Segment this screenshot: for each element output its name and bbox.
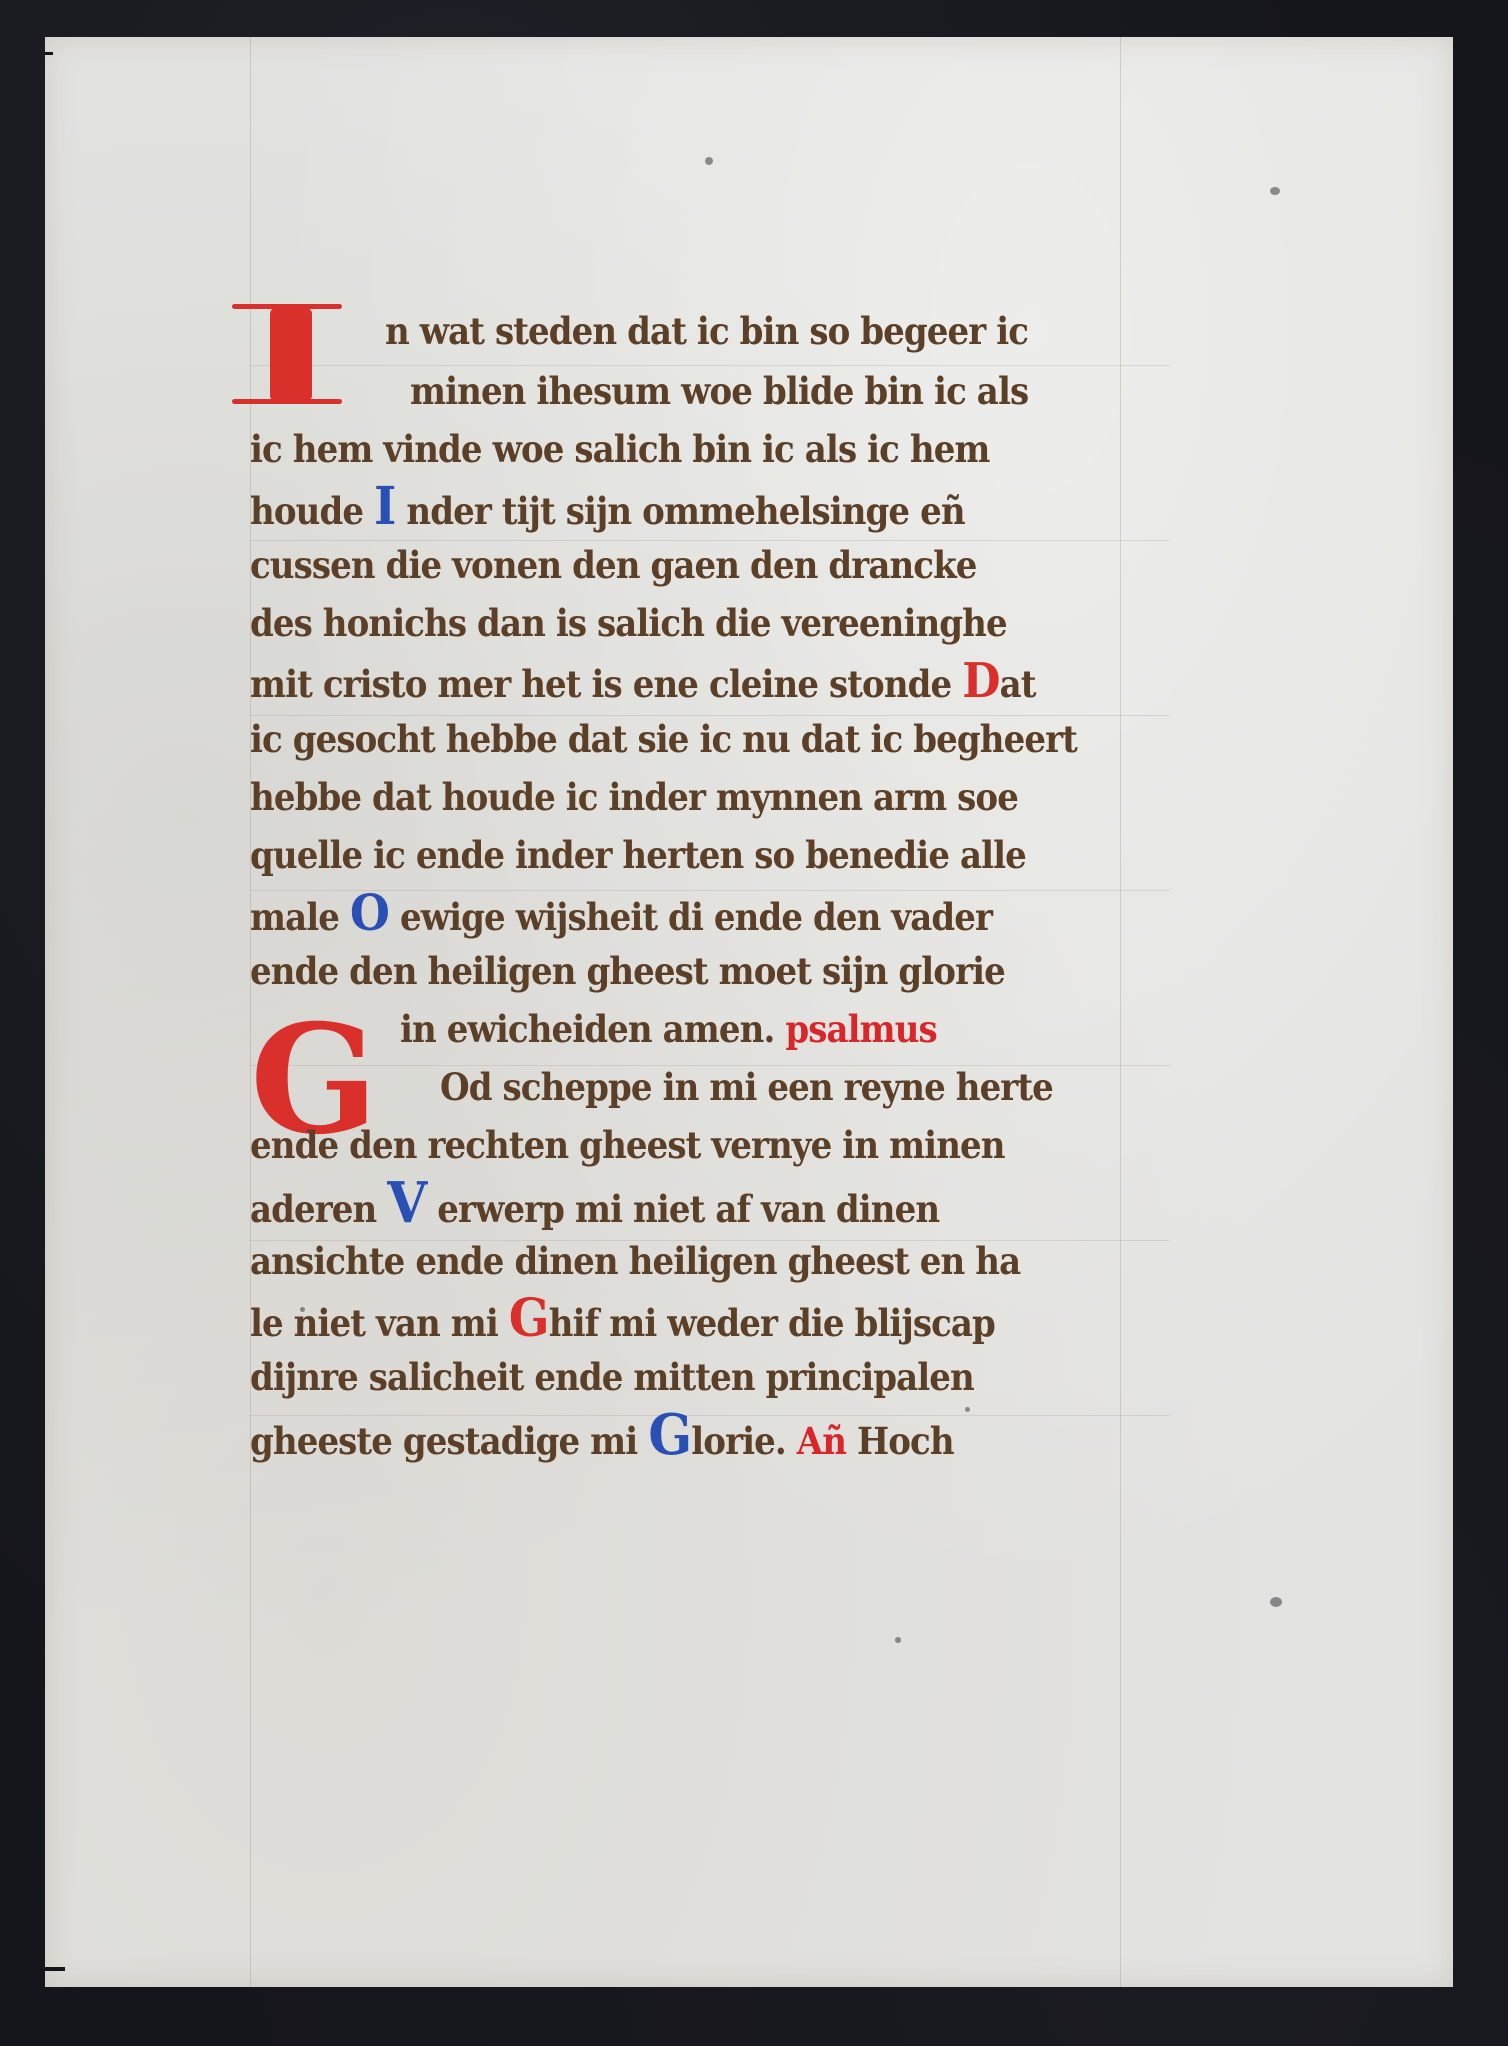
text-line-7: mit cristo mer het is ene cleine stonde … xyxy=(250,652,1036,710)
line-text: erwerp mi niet af van dinen xyxy=(437,1187,939,1231)
foxing-spot xyxy=(705,157,713,165)
line-text: cussen die vonen den gaen den drancke xyxy=(250,543,976,587)
line-text: quelle ic ende inder herten so benedie a… xyxy=(250,833,1026,877)
line-text: in ewicheiden amen. xyxy=(400,1007,774,1051)
initial-V-blue: V xyxy=(387,1170,426,1236)
line-text: ende den heiligen gheest moet sijn glori… xyxy=(250,949,1005,993)
foxing-spot xyxy=(1270,187,1280,195)
line-text: minen ihesum woe blide bin ic als xyxy=(410,369,1028,413)
line-text: n wat steden dat ic bin so begeer ic xyxy=(385,309,1028,353)
line-text: ende den rechten gheest vernye in minen xyxy=(250,1123,1005,1167)
line-text: hebbe dat houde ic inder mynnen arm soe xyxy=(250,775,1018,819)
line-text: hif mi weder die blijscap xyxy=(549,1301,995,1345)
line-text-after: at xyxy=(1000,662,1036,706)
text-line-17: ansichte ende dinen heiligen gheest en h… xyxy=(250,1232,1020,1290)
line-text: ic gesocht hebbe dat sie ic nu dat ic be… xyxy=(250,717,1077,761)
text-line-3: ic hem vinde woe salich bin ic als ic he… xyxy=(250,420,990,478)
line-text: mit cristo mer het is ene cleine stonde xyxy=(250,662,951,706)
text-line-16: aderen V erwerp mi niet af van dinen xyxy=(250,1174,939,1232)
line-text: nder tijt sijn ommehelsinge eñ xyxy=(406,489,964,533)
line-text: ic hem vinde woe salich bin ic als ic he… xyxy=(250,427,990,471)
line-text: ewige wijsheit di ende den vader xyxy=(400,895,992,939)
rubric-psalmus: psalmus xyxy=(785,1007,936,1051)
text-line-5: cussen die vonen den gaen den drancke xyxy=(250,536,976,594)
initial-G-red: G xyxy=(509,1288,549,1349)
text-line-8: ic gesocht hebbe dat sie ic nu dat ic be… xyxy=(250,710,1077,768)
text-line-15: ende den rechten gheest vernye in minen xyxy=(250,1116,1005,1174)
initial-O-blue: O xyxy=(350,883,389,942)
leaf-edge-notch xyxy=(45,52,53,55)
text-line-20: gheeste gestadige mi Glorie. Añ Hoch xyxy=(250,1406,954,1464)
text-line-10: quelle ic ende inder herten so benedie a… xyxy=(250,826,1026,884)
text-line-11: male O ewige wijsheit di ende den vader xyxy=(250,884,992,942)
line-text: ansichte ende dinen heiligen gheest en h… xyxy=(250,1239,1020,1283)
text-line-13: in ewicheiden amen. psalmus xyxy=(400,1000,937,1058)
initial-D-red: D xyxy=(962,653,999,709)
text-line-19: dijnre salicheit ende mitten principalen xyxy=(250,1348,974,1406)
text-line-18: le niet van mi Ghif mi weder die blijsca… xyxy=(250,1290,995,1348)
line-text: Od scheppe in mi een reyne herte xyxy=(440,1065,1053,1109)
initial-G-blue: G xyxy=(648,1402,691,1468)
text-line-6: des honichs dan is salich die vereeningh… xyxy=(250,594,1007,652)
line-prefix: houde xyxy=(250,489,363,533)
text-line-14: Od scheppe in mi een reyne herte xyxy=(440,1058,1053,1116)
initial-I-red-large xyxy=(232,298,342,408)
foxing-spot xyxy=(895,1637,901,1643)
line-text: lorie. xyxy=(691,1419,786,1463)
line-prefix: aderen xyxy=(250,1187,376,1231)
leaf-edge-notch xyxy=(45,1967,65,1971)
line-text-tail: Hoch xyxy=(857,1419,954,1463)
line-text: dijnre salicheit ende mitten principalen xyxy=(250,1355,974,1399)
line-prefix: le niet van mi xyxy=(250,1301,498,1345)
initial-I-blue: I xyxy=(374,476,395,537)
text-line-9: hebbe dat houde ic inder mynnen arm soe xyxy=(250,768,1018,826)
text-line-1: n wat steden dat ic bin so begeer ic xyxy=(385,302,1028,360)
ruling-line-right xyxy=(1120,37,1121,1987)
foxing-spot xyxy=(1270,1597,1282,1607)
text-line-12: ende den heiligen gheest moet sijn glori… xyxy=(250,942,1005,1000)
text-line-4: houde I nder tijt sijn ommehelsinge eñ xyxy=(250,478,965,536)
rubric-antiphon: Añ xyxy=(797,1419,846,1463)
line-text: des honichs dan is salich die vereeningh… xyxy=(250,601,1007,645)
line-prefix: male xyxy=(250,895,339,939)
text-line-2: minen ihesum woe blide bin ic als xyxy=(410,362,1028,420)
foxing-spot xyxy=(965,1407,970,1412)
line-prefix: gheeste gestadige mi xyxy=(250,1419,637,1463)
